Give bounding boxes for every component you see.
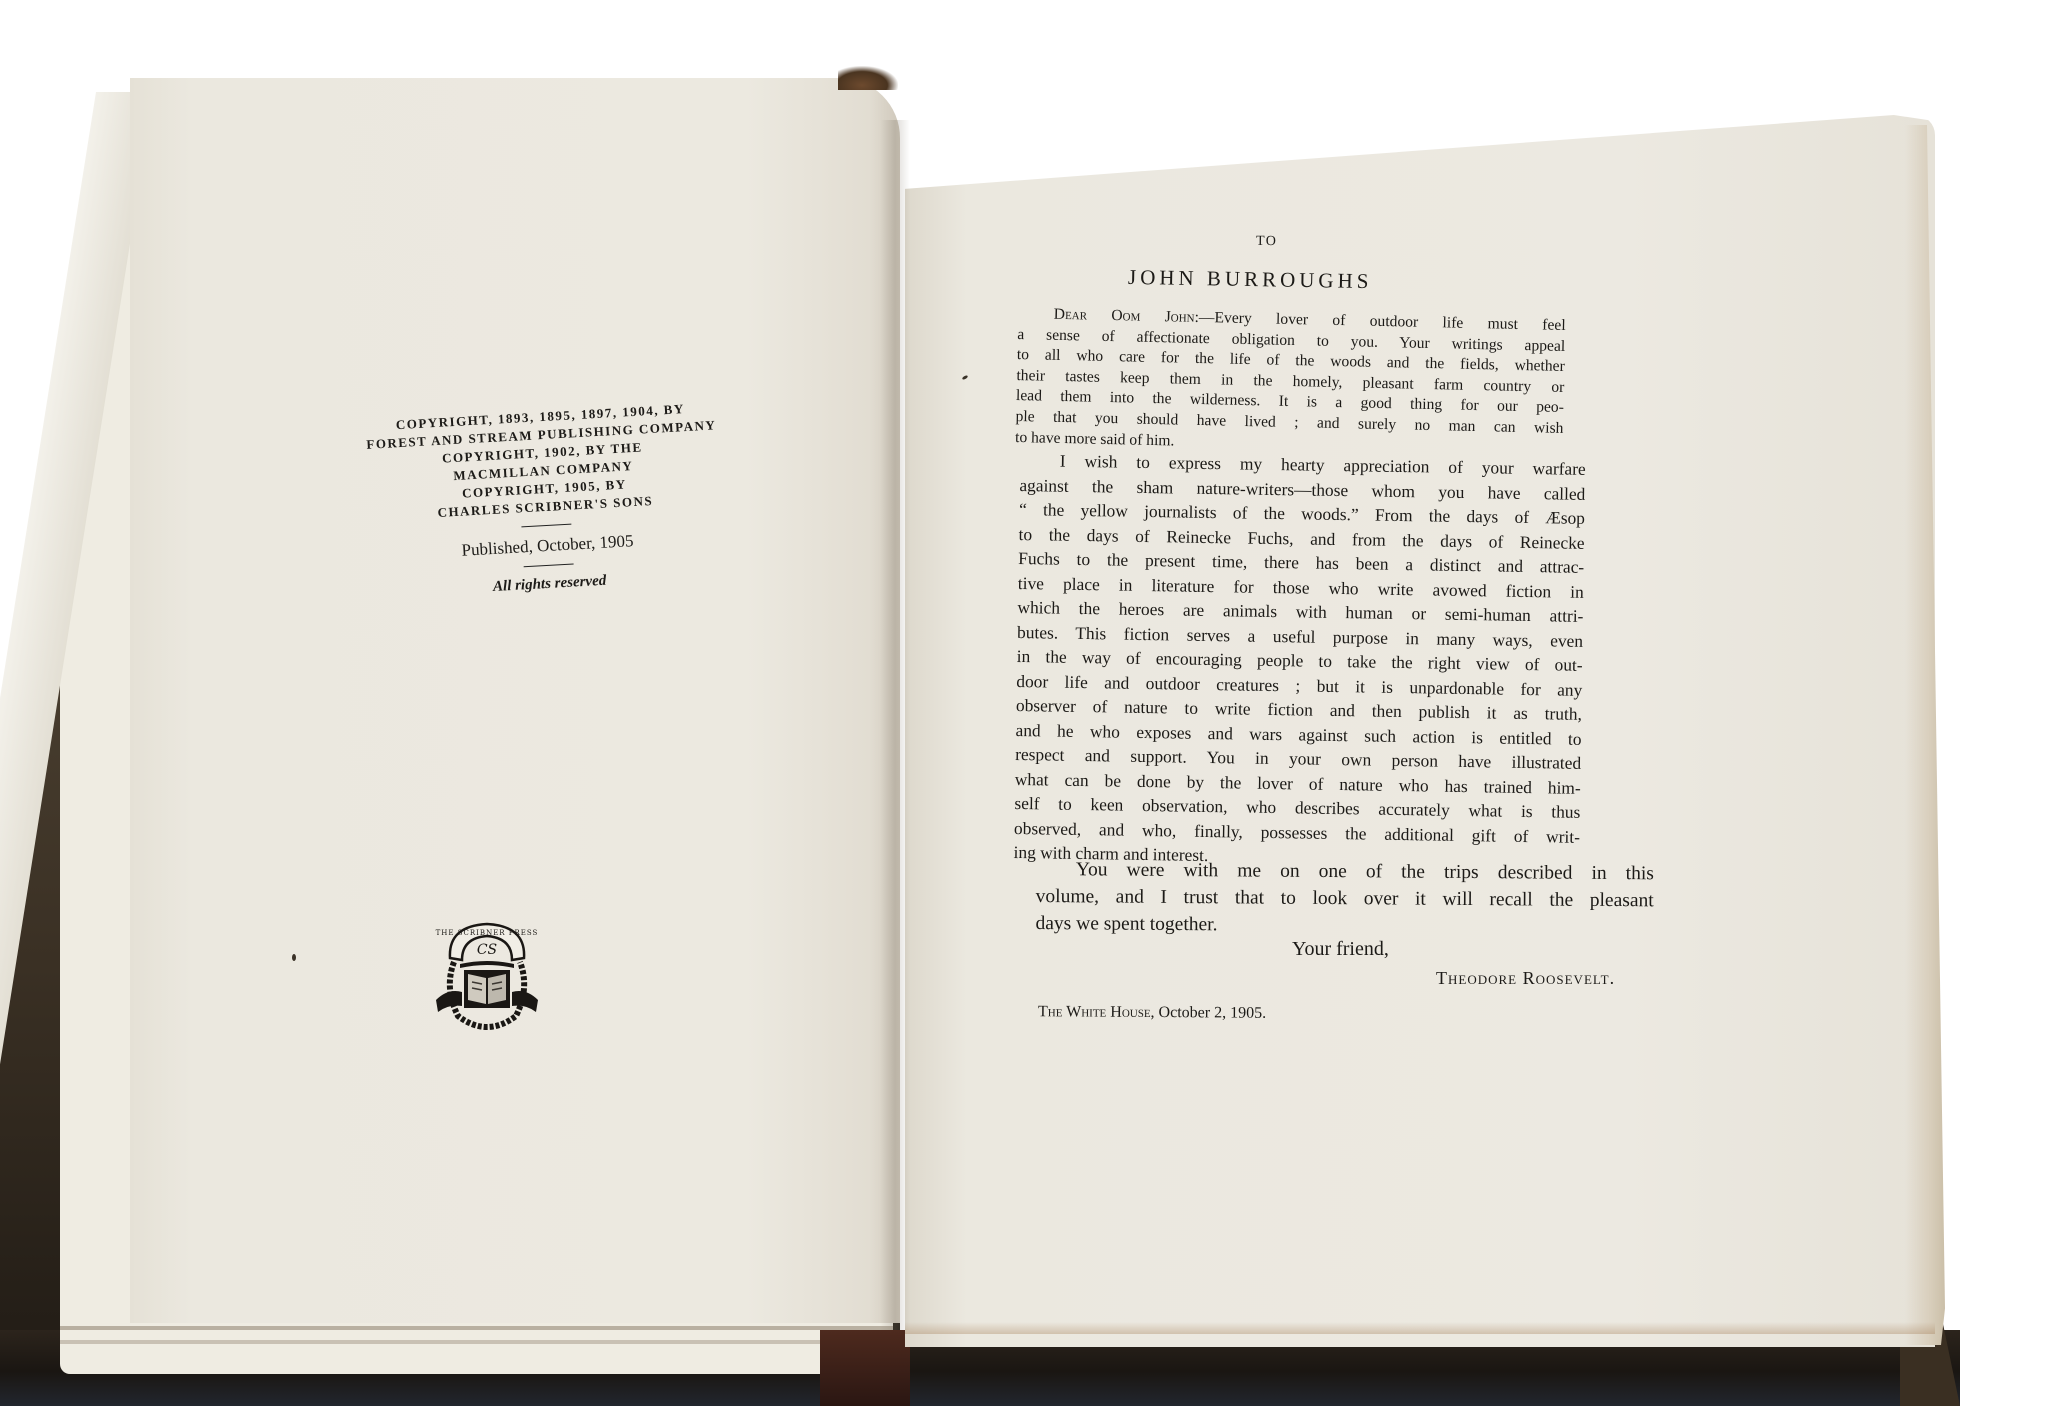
page-edge bbox=[60, 1340, 910, 1344]
banner-text: THE SCRIBNER PRESS bbox=[436, 929, 539, 937]
paragraph-2: I wish to express my hearty appreciation… bbox=[1013, 448, 1585, 873]
paragraph-1: Dear Oom John:—Every lover of outdoor li… bbox=[1015, 304, 1566, 460]
page-edge bbox=[60, 1326, 910, 1330]
divider bbox=[521, 524, 571, 528]
paragraph-3: You were with me on one of the trips des… bbox=[1035, 856, 1654, 941]
speck bbox=[292, 954, 296, 961]
publication-date: Published, October, 1905 bbox=[362, 526, 733, 567]
dedicatee-name: JOHN BURROUGHS bbox=[1128, 265, 1373, 294]
right-page-edge bbox=[1905, 125, 1945, 1345]
left-page bbox=[130, 78, 900, 1323]
date: , October 2, 1905. bbox=[1151, 1004, 1267, 1022]
copyright-block: Copyright, 1893, 1895, 1897, 1904, by Fo… bbox=[355, 398, 735, 603]
signature: Theodore Roosevelt. bbox=[1436, 968, 1615, 989]
monogram: CS bbox=[477, 942, 497, 958]
page-foxing bbox=[905, 1322, 1935, 1334]
dedication-to: TO bbox=[1256, 234, 1278, 250]
scribner-press-device-icon: THE SCRIBNER PRESS CS bbox=[428, 918, 546, 1040]
closing: Your friend, bbox=[1292, 938, 1389, 961]
spine-top bbox=[838, 66, 898, 90]
gutter-shadow bbox=[880, 120, 910, 1330]
text-line: days we spent together. bbox=[1035, 910, 1653, 941]
divider bbox=[524, 564, 574, 568]
salutation: Dear Oom John bbox=[1054, 306, 1195, 326]
text-line: volume, and I trust that to look over it… bbox=[1036, 883, 1654, 914]
place: The White House bbox=[1038, 1003, 1151, 1021]
text-line: You were with me on one of the trips des… bbox=[1036, 856, 1654, 887]
spine-bottom bbox=[820, 1330, 910, 1406]
place-and-date: The White House, October 2, 1905. bbox=[1038, 1003, 1266, 1023]
